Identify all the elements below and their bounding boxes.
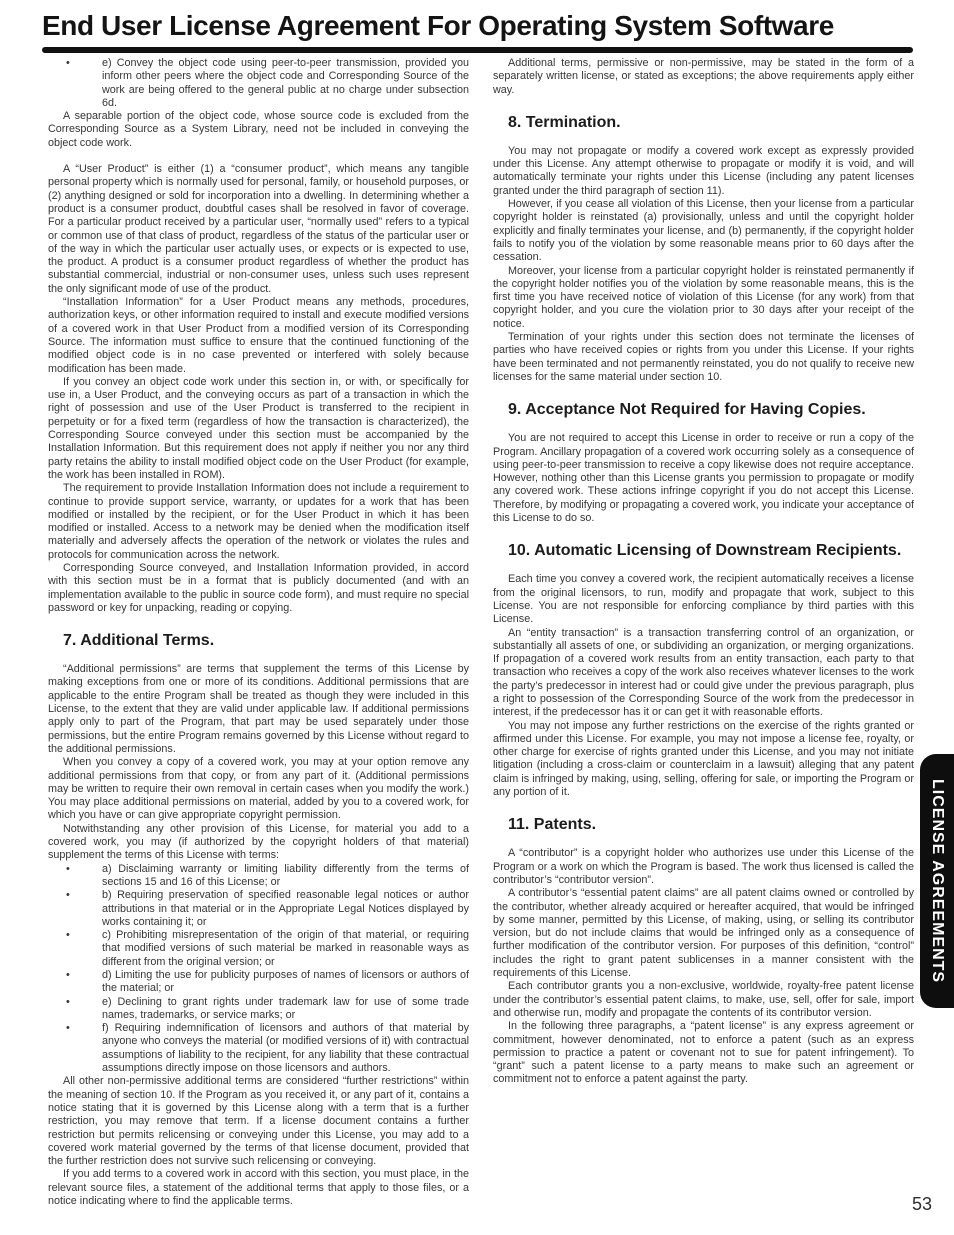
bullet-item: •d) Limiting the use for publicity purpo… — [48, 969, 469, 996]
bullet-item: •e) Convey the object code using peer-to… — [48, 57, 469, 110]
paragraph: Each time you convey a covered work, the… — [493, 573, 914, 626]
section-heading-7: 7. Additional Terms. — [48, 631, 469, 650]
paragraph: A contributor’s “essential patent claims… — [493, 887, 914, 980]
paragraph: However, if you cease all violation of t… — [493, 198, 914, 264]
bullet-text: e) Convey the object code using peer-to-… — [102, 57, 469, 109]
title-rule — [42, 47, 913, 53]
bullet-marker: • — [66, 1022, 70, 1035]
right-column: Additional terms, permissive or non-perm… — [493, 57, 914, 1087]
bullet-marker: • — [66, 863, 70, 876]
bullet-text: e) Declining to grant rights under trade… — [102, 996, 469, 1021]
paragraph: An “entity transaction” is a transaction… — [493, 627, 914, 720]
bullet-marker: • — [66, 969, 70, 982]
bullet-item: •f) Requiring indemnification of licenso… — [48, 1022, 469, 1075]
paragraph: If you add terms to a covered work in ac… — [48, 1168, 469, 1208]
paragraph: When you convey a copy of a covered work… — [48, 756, 469, 822]
bullet-text: a) Disclaiming warranty or limiting liab… — [102, 863, 469, 888]
paragraph: Each contributor grants you a non-exclus… — [493, 980, 914, 1020]
page-title: End User License Agreement For Operating… — [42, 10, 922, 42]
paragraph: “Additional permissions” are terms that … — [48, 663, 469, 756]
page-number: 53 — [912, 1194, 932, 1215]
bullet-marker: • — [66, 889, 70, 902]
bullet-item: •b) Requiring preservation of specified … — [48, 889, 469, 929]
paragraph: A “contributor” is a copyright holder wh… — [493, 847, 914, 887]
paragraph: Termination of your rights under this se… — [493, 331, 914, 384]
section-heading-8: 8. Termination. — [493, 113, 914, 132]
section-heading-9: 9. Acceptance Not Required for Having Co… — [493, 400, 914, 419]
bullet-text: b) Requiring preservation of specified r… — [102, 889, 469, 928]
bullet-text: d) Limiting the use for publicity purpos… — [102, 969, 469, 994]
bullet-item: •c) Prohibiting misrepresentation of the… — [48, 929, 469, 969]
bullet-item: •e) Declining to grant rights under trad… — [48, 996, 469, 1023]
license-agreements-tab-label: LICENSE AGREEMENTS — [928, 779, 946, 983]
paragraph: You may not propagate or modify a covere… — [493, 145, 914, 198]
bullet-marker: • — [66, 57, 70, 70]
bullet-marker: • — [66, 929, 70, 942]
license-agreements-tab: LICENSE AGREEMENTS — [920, 754, 954, 1008]
paragraph: A “User Product” is either (1) a “consum… — [48, 163, 469, 296]
paragraph: If you convey an object code work under … — [48, 376, 469, 482]
bullet-text: f) Requiring indemnification of licensor… — [102, 1022, 469, 1074]
paragraph: You may not impose any further restricti… — [493, 720, 914, 800]
paragraph: Additional terms, permissive or non-perm… — [493, 57, 914, 97]
paragraph: A separable portion of the object code, … — [48, 110, 469, 150]
paragraph: Moreover, your license from a particular… — [493, 265, 914, 331]
document-page: End User License Agreement For Operating… — [0, 0, 954, 1235]
paragraph: You are not required to accept this Lice… — [493, 432, 914, 525]
bullet-text: c) Prohibiting misrepresentation of the … — [102, 929, 469, 968]
paragraph: All other non-permissive additional term… — [48, 1075, 469, 1168]
paragraph: Corresponding Source conveyed, and Insta… — [48, 562, 469, 615]
bullet-marker: • — [66, 996, 70, 1009]
paragraph: In the following three paragraphs, a “pa… — [493, 1020, 914, 1086]
paragraph: “Installation Information” for a User Pr… — [48, 296, 469, 376]
bullet-item: •a) Disclaiming warranty or limiting lia… — [48, 863, 469, 890]
paragraph: The requirement to provide Installation … — [48, 482, 469, 562]
section-heading-10: 10. Automatic Licensing of Downstream Re… — [493, 541, 914, 560]
left-column: •e) Convey the object code using peer-to… — [48, 57, 469, 1208]
paragraph: Notwithstanding any other provision of t… — [48, 823, 469, 863]
section-heading-11: 11. Patents. — [493, 815, 914, 834]
